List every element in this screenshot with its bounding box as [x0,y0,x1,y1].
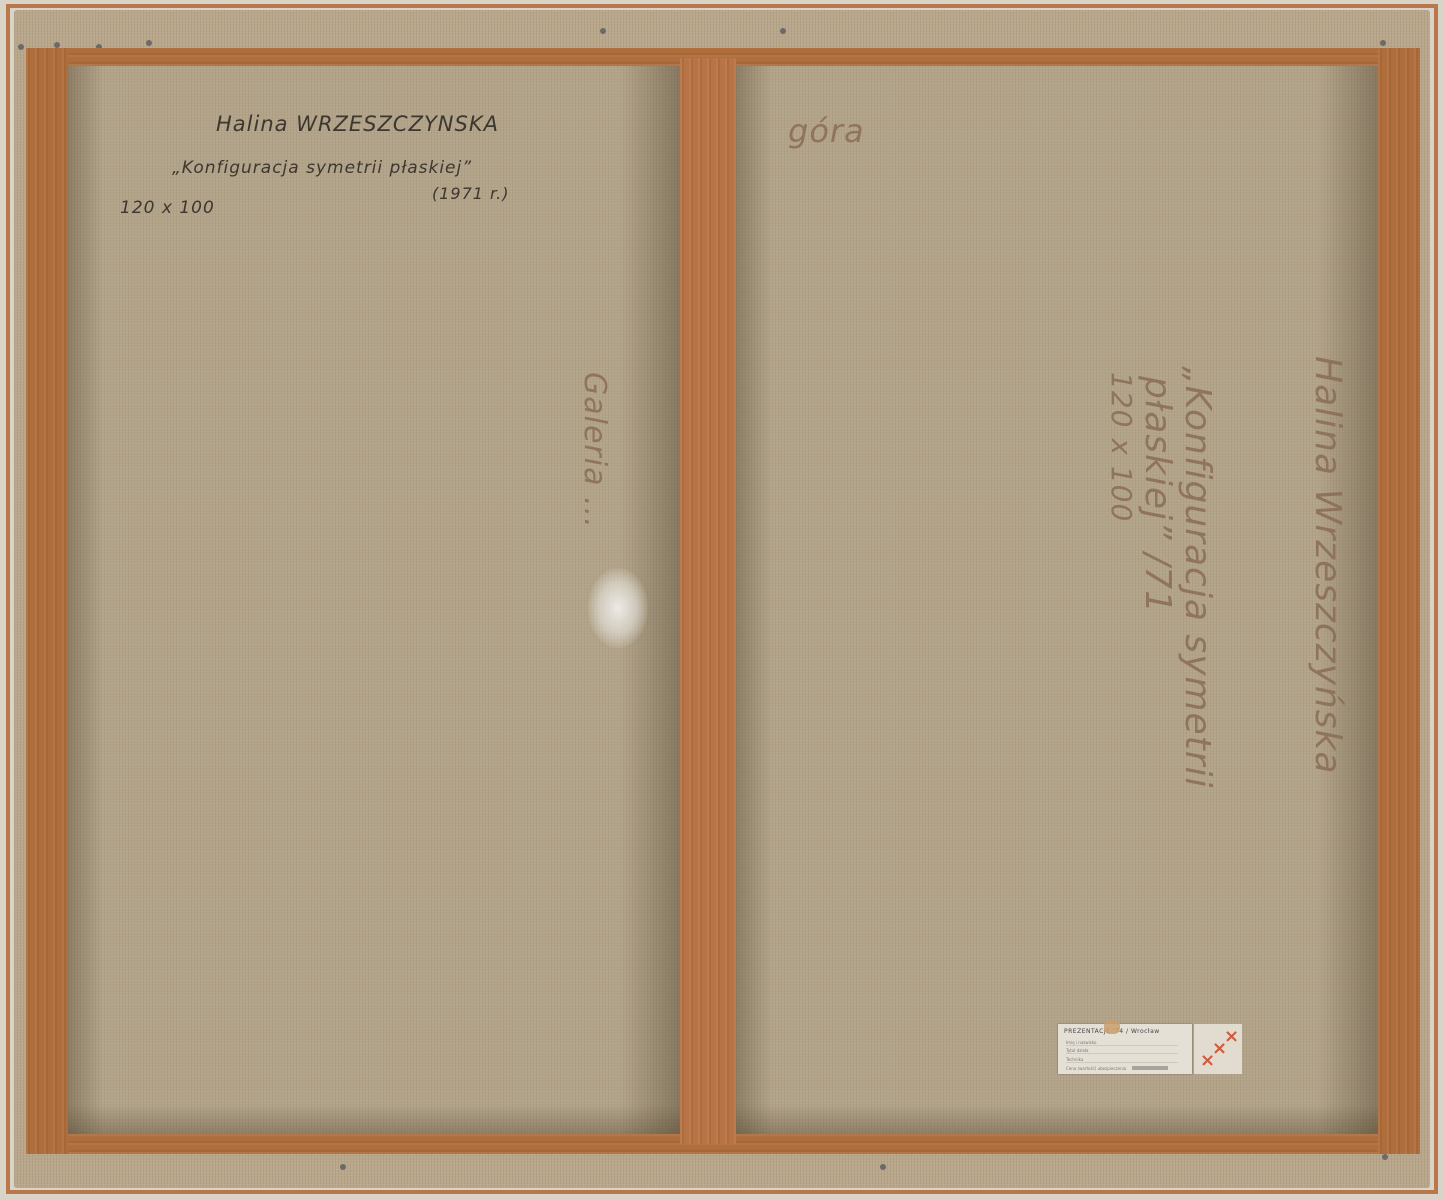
tack [146,40,152,46]
inscription-gora: góra [788,112,865,150]
tack [1382,1154,1388,1160]
label-field: Cena (wartość) ubezpieczenia [1066,1066,1126,1071]
exhibition-label: PREZENTACJE '74 / Wrocław Imię i nazwisk… [1058,1024,1192,1074]
redacted-value [1132,1066,1168,1070]
inscription-vertical-dimensions: 120 x 100 [1105,372,1138,522]
tape-residue [1104,1020,1120,1034]
tack [1380,40,1386,46]
cross-mark-icon: × [1224,1028,1239,1046]
cross-mark-card: × × × [1194,1024,1242,1074]
canvas-panel-right: góra Halina Wrzeszczyńska „Konfiguracja … [736,66,1378,1134]
stretcher-bar-center [680,58,736,1144]
inscription-vertical-artist: Halina Wrzeszczyńska [1307,356,1348,774]
tack [340,1164,346,1170]
inscription-year: (1971 r.) [432,184,509,203]
inscription-title: „Konfiguracja symetrii płaskiej” [172,158,472,178]
canvas-back-photo: Halina WRZESZCZYNSKA „Konfiguracja symet… [0,0,1444,1200]
tack [600,28,606,34]
white-paint-stain [588,568,648,648]
inscription-vertical-faint: Galeria ... [577,372,612,529]
tack [18,44,24,50]
stretcher-bar-left [26,48,68,1154]
inscription-artist: Halina WRZESZCZYNSKA [216,112,499,136]
tack [880,1164,886,1170]
inscription-vertical-title-2: płaskiej” /71 [1137,376,1178,614]
inscription-dimensions: 120 x 100 [120,198,215,218]
tack [780,28,786,34]
stretcher-bar-right [1378,48,1420,1154]
inscription-vertical-title-1: „Konfiguracja symetrii [1177,366,1218,789]
